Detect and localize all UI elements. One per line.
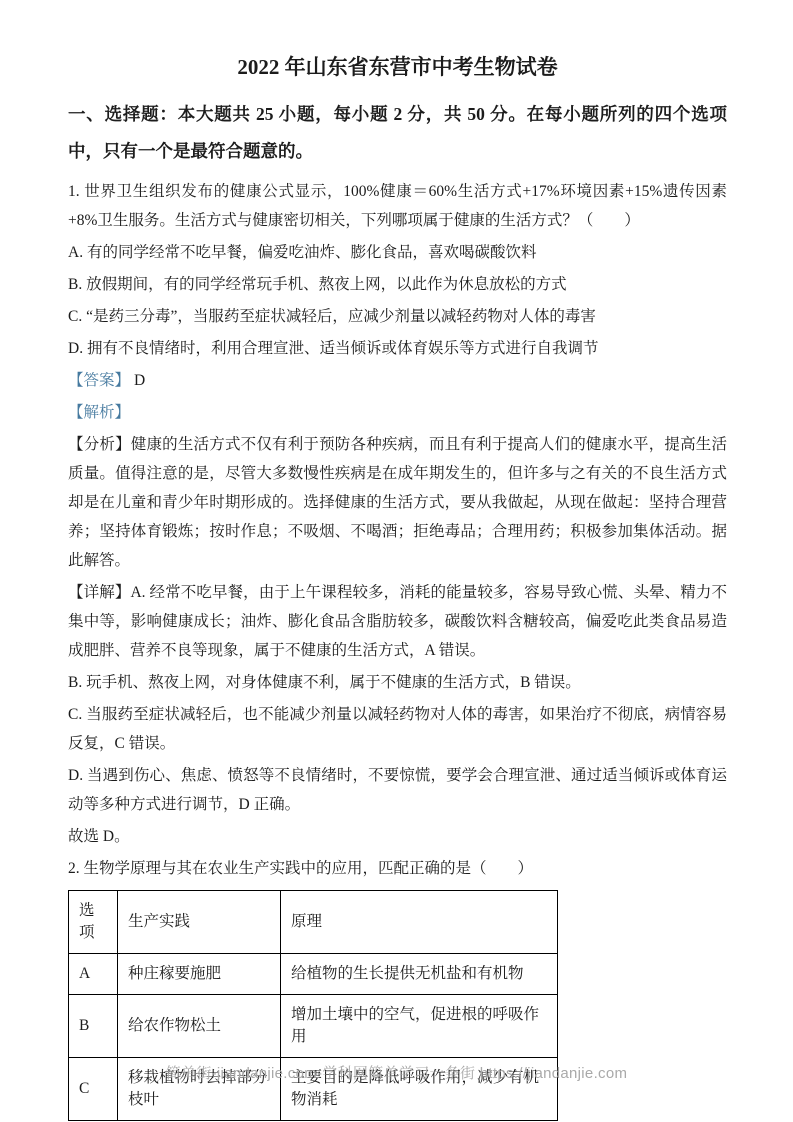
table-row: A 种庄稼要施肥 给植物的生长提供无机盐和有机物 bbox=[69, 954, 558, 995]
question1-stem: 1. 世界卫生组织发布的健康公式显示，100%健康＝60%生活方式+17%环境因… bbox=[68, 177, 727, 235]
watermark-footer: 简单街-jiandanjie.com-学科网简单学习一条街 https://ji… bbox=[0, 1062, 793, 1083]
table-header-practice: 生产实践 bbox=[118, 891, 281, 954]
page-title: 2022 年山东省东营市中考生物试卷 bbox=[68, 52, 727, 82]
table-cell-option: A bbox=[69, 954, 118, 995]
answer-value: D bbox=[134, 372, 145, 389]
table-cell-option: B bbox=[69, 995, 118, 1058]
table-row: B 给农作物松土 增加土壤中的空气，促进根的呼吸作用 bbox=[69, 995, 558, 1058]
question1-option-d: D. 拥有不良情绪时，利用合理宣泄、适当倾诉或体育娱乐等方式进行自我调节 bbox=[68, 334, 727, 363]
question1-detail-a: 【详解】A. 经常不吃早餐，由于上午课程较多，消耗的能量较多，容易导致心慌、头晕… bbox=[68, 578, 727, 665]
analysis-label-line: 【解析】 bbox=[68, 398, 727, 427]
table-cell-principle: 增加土壤中的空气，促进根的呼吸作用 bbox=[281, 995, 558, 1058]
section-heading: 一、选择题：本大题共 25 小题，每小题 2 分，共 50 分。在每小题所列的四… bbox=[68, 96, 727, 170]
answer-label: 【答案】 bbox=[68, 372, 130, 389]
table-header-principle: 原理 bbox=[281, 891, 558, 954]
table-cell-practice: 给农作物松土 bbox=[118, 995, 281, 1058]
exam-document-page: 2022 年山东省东营市中考生物试卷 一、选择题：本大题共 25 小题，每小题 … bbox=[0, 0, 793, 1122]
answer-line: 【答案】D bbox=[68, 366, 727, 395]
table-cell-principle: 给植物的生长提供无机盐和有机物 bbox=[281, 954, 558, 995]
table-header-option: 选项 bbox=[69, 891, 118, 954]
question1-option-c: C. “是药三分毒”，当服药至症状减轻后，应减少剂量以减轻药物对人体的毒害 bbox=[68, 302, 727, 331]
question1-analysis: 【分析】健康的生活方式不仅有利于预防各种疾病，而且有利于提高人们的健康水平，提高… bbox=[68, 430, 727, 575]
question1-option-b: B. 放假期间，有的同学经常玩手机、熬夜上网，以此作为休息放松的方式 bbox=[68, 270, 727, 299]
analysis-label: 【解析】 bbox=[68, 404, 130, 421]
question1-detail-d: D. 当遇到伤心、焦虑、愤怒等不良情绪时，不要惊慌，要学会合理宣泄、通过适当倾诉… bbox=[68, 761, 727, 819]
table-header-row: 选项 生产实践 原理 bbox=[69, 891, 558, 954]
table-cell-practice: 种庄稼要施肥 bbox=[118, 954, 281, 995]
question1-detail-c: C. 当服药至症状减轻后，也不能减少剂量以减轻药物对人体的毒害，如果治疗不彻底，… bbox=[68, 700, 727, 758]
question1-conclusion: 故选 D。 bbox=[68, 822, 727, 851]
question2-table: 选项 生产实践 原理 A 种庄稼要施肥 给植物的生长提供无机盐和有机物 B 给农… bbox=[68, 890, 558, 1121]
question1-option-a: A. 有的同学经常不吃早餐，偏爱吃油炸、膨化食品，喜欢喝碳酸饮料 bbox=[68, 238, 727, 267]
question2-stem: 2. 生物学原理与其在农业生产实践中的应用，匹配正确的是（ ） bbox=[68, 854, 727, 883]
question1-detail-b: B. 玩手机、熬夜上网，对身体健康不利，属于不健康的生活方式，B 错误。 bbox=[68, 668, 727, 697]
